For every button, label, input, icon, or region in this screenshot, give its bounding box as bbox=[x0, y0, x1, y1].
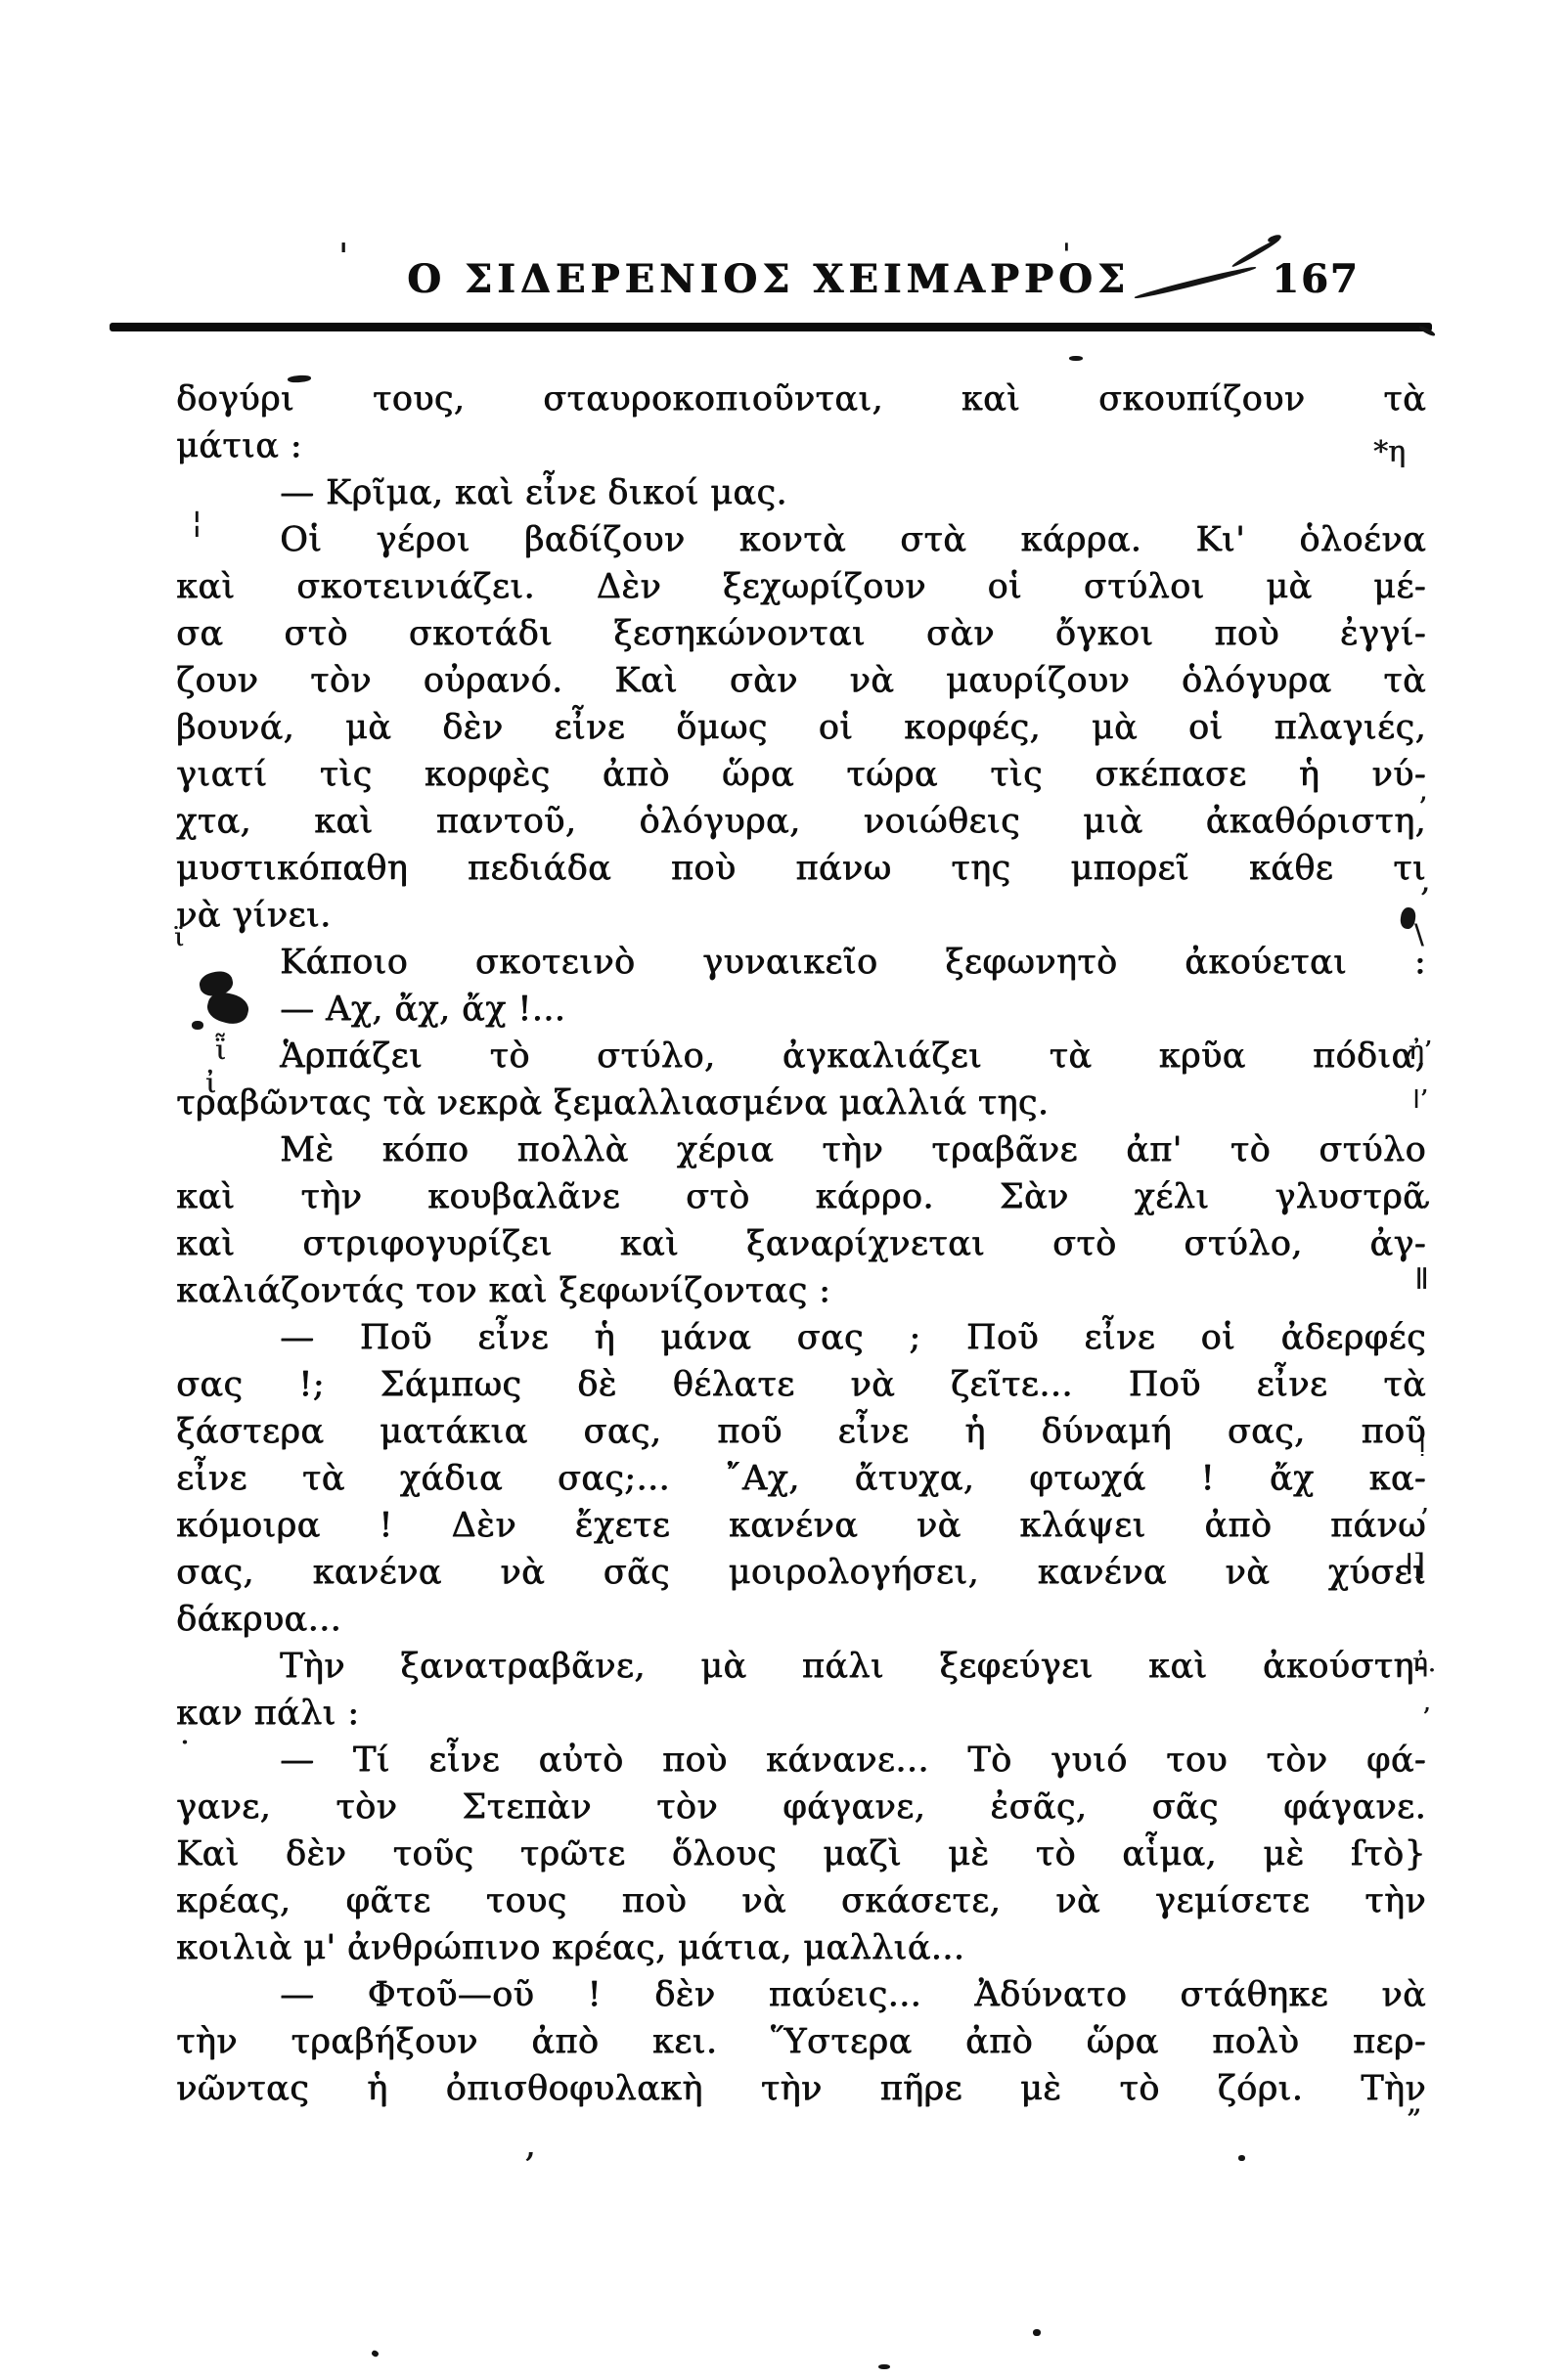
text-line: — Φτοῦ—οῦ ! δὲν παύεις... Ἀδύνατο στάθηκ… bbox=[176, 1971, 1426, 2018]
text-line: νῶντας ἡ ὀπισθοφυλακὴ τὴν πῆρε μὲ τὸ ζόρ… bbox=[176, 2065, 1426, 2112]
text-line: ζουν τὸν οὐρανό. Καὶ σὰν νὰ μαυρίζουν ὁλ… bbox=[176, 657, 1426, 704]
text-line: σας, κανένα νὰ σᾶς μοιρολογήσει, κανένα … bbox=[176, 1549, 1426, 1596]
text-line: — Αχ, ἄχ, ἄχ !... bbox=[176, 986, 1426, 1033]
text-line: — Τί εἶνε αὐτὸ ποὺ κάνανε... Τὸ γυιό του… bbox=[176, 1737, 1426, 1784]
text-line: — Κρῖμα, καὶ εἶνε δικοί μας. bbox=[176, 469, 1426, 516]
text-line: Μὲ κόπο πολλὰ χέρια τὴν τραβᾶνε ἀπ' τὸ σ… bbox=[176, 1126, 1426, 1173]
text-line: σα στὸ σκοτάδι ξεσηκώνονται σὰν ὄγκοι πο… bbox=[176, 610, 1426, 657]
text-line: κόμοιρα ! Δὲν ἔχετε κανένα νὰ κλάψει ἀπὸ… bbox=[176, 1502, 1426, 1549]
ink-speck-glyph: ‚ bbox=[524, 2128, 535, 2163]
text-line: σας !; Σάμπως δὲ θέλατε νὰ ζεῖτε... Ποῦ … bbox=[176, 1361, 1426, 1408]
text-line: δογύρι τους, σταυροκοπιοῦνται, καὶ σκουπ… bbox=[176, 375, 1426, 422]
text-line: κρέας, φᾶτε τους ποὺ νὰ σκάσετε, νὰ γεμί… bbox=[176, 1877, 1426, 1924]
text-line: καὶ στριφογυρίζει καὶ ξαναρίχνεται στὸ σ… bbox=[176, 1220, 1426, 1267]
text-line: τὴν τραβήξουν ἀπὸ κει. Ὕστερα ἀπὸ ὥρα πο… bbox=[176, 2018, 1426, 2065]
text-line: Τὴν ξανατραβᾶνε, μὰ πάλι ξεφεύγει καὶ ἀκ… bbox=[176, 1643, 1426, 1690]
text-line: τραβῶντας τὰ νεκρὰ ξεμαλλιασμένα μαλλιά … bbox=[176, 1080, 1426, 1126]
text-line: καὶ σκοτεινιάζει. Δὲν ξεχωρίζουν οἱ στύλ… bbox=[176, 563, 1426, 610]
book-page-scan: Ο ΣΙΔΕΡΕΝΙΟΣ ΧΕΙΜΑΡΡΟΣ 167 δογύρι τους, … bbox=[0, 0, 1565, 2380]
ink-blot bbox=[1033, 2329, 1041, 2336]
text-line: μάτια : bbox=[176, 422, 1426, 469]
text-line: καν πάλι : bbox=[176, 1690, 1426, 1737]
text-line: ξάστερα ματάκια σας, ποῦ εἶνε ἡ δύναμή σ… bbox=[176, 1408, 1426, 1455]
header-rule bbox=[110, 323, 1432, 331]
text-line: βουνά, μὰ δὲν εἶνε ὅμως οἱ κορφές, μὰ οἱ… bbox=[176, 704, 1426, 751]
ink-speck-glyph: ' bbox=[338, 241, 348, 276]
text-line: δάκρυα... bbox=[176, 1596, 1426, 1643]
ink-blot bbox=[878, 2364, 890, 2369]
ink-blot bbox=[371, 2350, 380, 2358]
text-line: Οἱ γέροι βαδίζουν κοντὰ στὰ κάρρα. Κι' ὁ… bbox=[176, 516, 1426, 563]
text-line: μυστικόπαθη πεδιάδα ποὺ πάνω της μπορεῖ … bbox=[176, 845, 1426, 892]
text-line: νὰ γίνει. bbox=[176, 892, 1426, 939]
text-line: καὶ τὴν κουβαλᾶνε στὸ κάρρο. Σὰν χέλι γλ… bbox=[176, 1173, 1426, 1220]
body-text: δογύρι τους, σταυροκοπιοῦνται, καὶ σκουπ… bbox=[176, 375, 1426, 2112]
text-line: κοιλιὰ μ' ἀνθρώπινο κρέας, μάτια, μαλλιά… bbox=[176, 1924, 1426, 1971]
text-line: Καὶ δὲν τοῦς τρῶτε ὅλους μαζὶ μὲ τὸ αἷμα… bbox=[176, 1830, 1426, 1877]
text-line: εἶνε τὰ χάδια σας;... ῎Αχ, ἄτυχα, φτωχά … bbox=[176, 1455, 1426, 1502]
ink-blot bbox=[1267, 234, 1281, 243]
text-line: Ἁρπάζει τὸ στύλο, ἀγκαλιάζει τὰ κρῦα πόδ… bbox=[176, 1033, 1426, 1080]
text-line: γιατί τὶς κορφὲς ἀπὸ ὥρα τώρα τὶς σκέπασ… bbox=[176, 751, 1426, 798]
ink-blot bbox=[1238, 2155, 1245, 2161]
page-number: 167 bbox=[1272, 256, 1360, 302]
text-line: χτα, καὶ παντοῦ, ὁλόγυρα, νοιώθεις μιὰ ἀ… bbox=[176, 798, 1426, 845]
ink-blot bbox=[1134, 265, 1257, 301]
ink-blot bbox=[1069, 356, 1083, 361]
text-line: γανε, τὸν Στεπὰν τὸν φάγανε, ἐσᾶς, σᾶς φ… bbox=[176, 1784, 1426, 1830]
text-line: Κάποιο σκοτεινὸ γυναικεῖο ξεφωνητὸ ἀκούε… bbox=[176, 939, 1426, 986]
text-line: — Ποῦ εἶνε ἡ μάνα σας ; Ποῦ εἶνε οἱ ἀδερ… bbox=[176, 1314, 1426, 1361]
text-line: καλιάζοντάς τον καὶ ξεφωνίζοντας : bbox=[176, 1267, 1426, 1314]
running-header-title: Ο ΣΙΔΕΡΕΝΙΟΣ ΧΕΙΜΑΡΡΟΣ bbox=[407, 256, 1130, 302]
